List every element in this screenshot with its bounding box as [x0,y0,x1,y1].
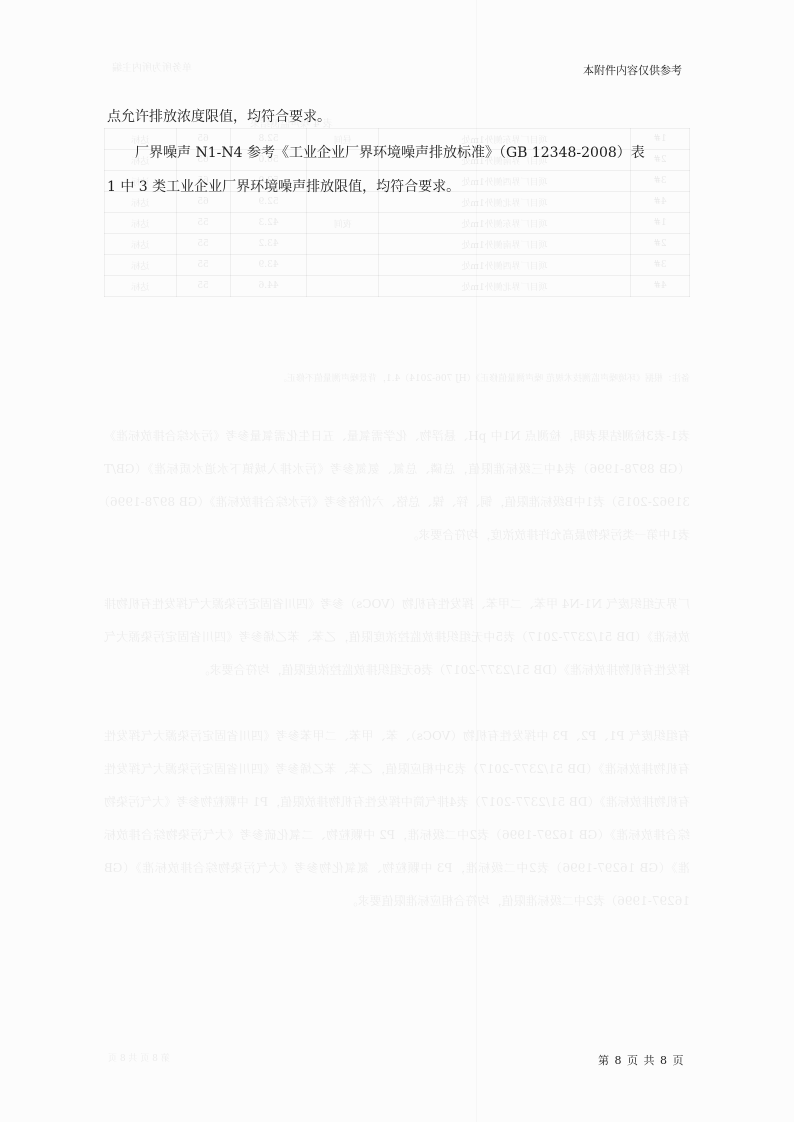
bleed-through-cell: 1# [631,213,690,234]
bleed-through-cell: 项目厂界西侧外1m处 [378,255,630,276]
bleed-through-cell: 达标 [105,276,177,297]
bleed-through-row: 3#项目厂界西侧外1m处43.955达标 [105,255,690,276]
bleed-through-cell: 达标 [105,255,177,276]
bleed-through-paragraph-1: 表1-表3检测结果表明，检测点 N1中 pH、悬浮物、化学需氧量、五日生化需氧量… [104,420,690,552]
body-line-1: 点允许排放浓度限值，均符合要求。 [107,106,692,128]
bleed-through-cell: 夜间 [307,213,378,234]
bleed-through-footer: 第 8 页 共 8 页 [108,1051,170,1064]
bleed-through-cell: 4# [631,276,690,297]
bleed-through-table-note: 备注：根据《环境噪声监测技术规范 噪声测量值修正》（HJ 706-2014）4.… [104,372,690,386]
bleed-through-header: 单务所为所内主编 [112,59,192,74]
bleed-through-cell [307,255,378,276]
page-number: 第 8 页 共 8 页 [598,1052,684,1068]
bleed-through-cell: 42.3 [230,213,307,234]
bleed-through-cell: 44.6 [230,276,307,297]
body-line-2: 厂界噪声 N1-N4 参考《工业企业厂界环境噪声排放标准》（GB 12348-2… [107,142,692,164]
bleed-through-cell: 43.2 [230,234,307,255]
bleed-through-cell: 达标 [105,213,177,234]
bleed-through-cell [307,234,378,255]
bleed-through-cell: 55 [176,234,230,255]
bleed-through-paragraph-2: 厂界无组织废气 N1-N4 甲苯、二甲苯、挥发性有机物（VOCs）参考《四川省固… [104,588,690,687]
bleed-through-paragraph-3: 有组织废气 P1、P2、P3 中挥发性有机物（VOCs）、苯、甲苯、二甲苯参考《… [104,720,690,918]
body-line-3: 1 中 3 类工业企业厂界环境噪声排放限值，均符合要求。 [107,176,692,198]
bleed-through-row: 4#项目厂界北侧外1m处44.655达标 [105,276,690,297]
bleed-through-cell: 55 [176,255,230,276]
bleed-through-cell: 项目厂界南侧外1m处 [378,234,630,255]
scanned-page: 单务所为所内主编 本附件内容仅供参考 表 4 噪声监测结果 1#项目厂界东侧外1… [0,0,794,1122]
bleed-through-cell: 3# [631,255,690,276]
bleed-through-cell: 达标 [105,234,177,255]
bleed-through-cell: 项目厂界北侧外1m处 [378,276,630,297]
bleed-through-cell: 55 [176,213,230,234]
bleed-through-cell: 2# [631,234,690,255]
bleed-through-cell: 项目厂界东侧外1m处 [378,213,630,234]
header-disclaimer: 本附件内容仅供参考 [583,62,682,78]
bleed-through-row: 2#项目厂界南侧外1m处43.255达标 [105,234,690,255]
bleed-through-cell: 55 [176,276,230,297]
bleed-through-row: 1#项目厂界东侧外1m处夜间42.355达标 [105,213,690,234]
bleed-through-cell: 43.9 [230,255,307,276]
bleed-through-cell [307,276,378,297]
